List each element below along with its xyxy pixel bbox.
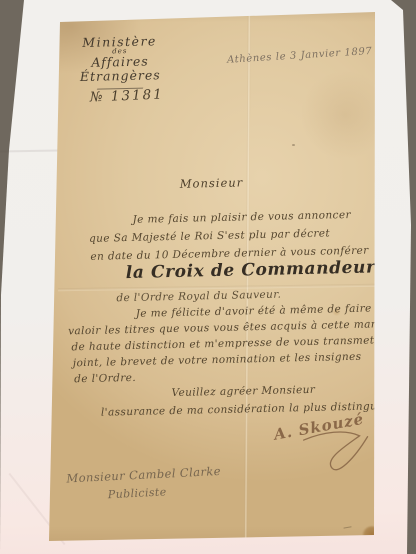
- letterhead-line3: Affaires Étrangères: [53, 54, 188, 83]
- award-title-line: la Croix de Commandeur: [126, 257, 376, 283]
- body-paragraph2-line5: de l'Ordre.: [74, 372, 136, 385]
- body-paragraph1-line1: Je me fais un plaisir de vous annoncer: [132, 209, 351, 226]
- dateline: Athènes le 3 Janvier 1897 —: [227, 45, 387, 66]
- recipient-title: Publiciste: [108, 485, 167, 501]
- salutation: Monsieur: [180, 175, 244, 190]
- photograph: Ministère des Affaires Étrangères № 1318…: [0, 0, 416, 554]
- closing-line1: Veuillez agréer Monsieur: [171, 384, 315, 399]
- body-paragraph1-line2: que Sa Majesté le Roi S'est plu par décr…: [89, 227, 330, 244]
- letter-document: Ministère des Affaires Étrangères № 1318…: [0, 0, 416, 554]
- order-name-line: de l'Ordre Royal du Sauveur.: [116, 289, 281, 305]
- letterhead: Ministère des Affaires Étrangères: [52, 34, 187, 91]
- signature-flourish: [301, 429, 372, 481]
- document-number: № 13181: [90, 87, 165, 106]
- body-paragraph2-line1: Je me félicite d'avoir été à même de fai…: [136, 302, 372, 319]
- recipient-name: Monsieur Cambel Clarke: [66, 464, 221, 486]
- handwriting-layer: Ministère des Affaires Étrangères № 1318…: [0, 0, 416, 554]
- body-paragraph2-line4: joint, le brevet de votre nomination et …: [73, 351, 362, 370]
